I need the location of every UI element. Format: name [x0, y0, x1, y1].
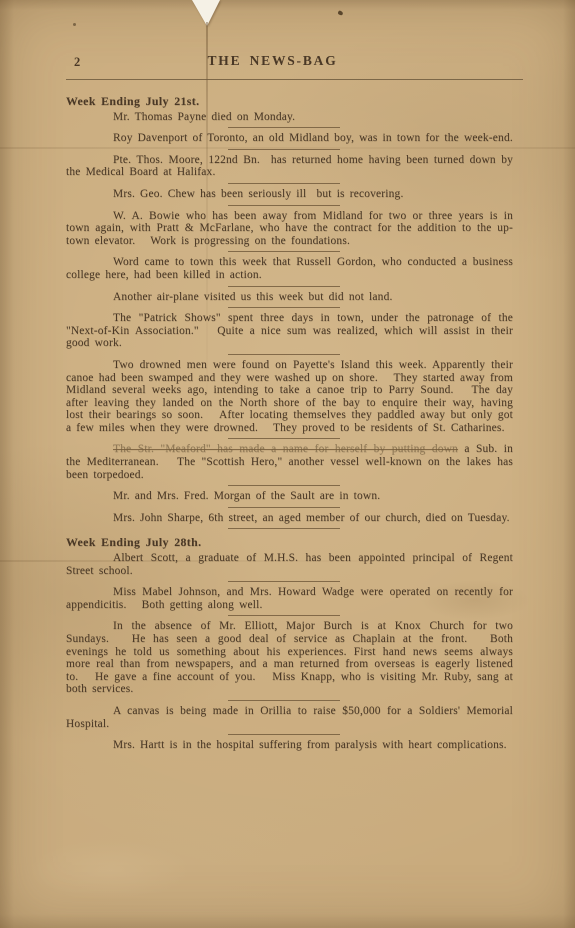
item-divider: [228, 734, 340, 735]
news-item: Pte. Thos. Moore, 122nd Bn. has returned…: [66, 154, 513, 179]
item-divider: [228, 307, 340, 308]
page-header: 2 THE NEWS-BAG: [0, 0, 575, 80]
item-divider: [228, 286, 340, 287]
news-item: Two drowned men were found on Payette's …: [66, 359, 513, 435]
news-item: Mrs. John Sharpe, 6th street, an aged me…: [66, 512, 513, 525]
item-divider: [228, 251, 340, 252]
item-divider: [228, 127, 340, 128]
item-divider: [228, 700, 340, 701]
item-divider: [228, 183, 340, 184]
item-divider: [228, 507, 340, 508]
item-divider: [228, 581, 340, 582]
news-item: The "Patrick Shows" spent three days in …: [66, 312, 513, 350]
item-divider: [228, 149, 340, 150]
news-body: Week Ending July 21st.Mr. Thomas Payne d…: [0, 80, 575, 752]
section-heading: Week Ending July 28th.: [66, 536, 513, 549]
struck-text: The Str. "Meaford" has made a name for h…: [113, 443, 458, 455]
news-item: Albert Scott, a graduate of M.H.S. has b…: [66, 552, 513, 577]
news-item: Word came to town this week that Russell…: [66, 256, 513, 281]
masthead-title: THE NEWS-BAG: [0, 53, 545, 69]
news-item: Roy Davenport of Toronto, an old Midland…: [66, 132, 513, 145]
news-item: In the absence of Mr. Elliott, Major Bur…: [66, 620, 513, 696]
item-divider: [228, 615, 340, 616]
news-item: Miss Mabel Johnson, and Mrs. Howard Wadg…: [66, 586, 513, 611]
news-item: Mrs. Hartt is in the hospital suffering …: [66, 739, 513, 752]
paper-stain: [30, 840, 190, 900]
section-heading: Week Ending July 21st.: [66, 95, 513, 108]
news-item: Another air-plane visited us this week b…: [66, 291, 513, 304]
news-item: W. A. Bowie who has been away from Midla…: [66, 210, 513, 248]
news-item: A canvas is being made in Orillia to rai…: [66, 705, 513, 730]
item-divider: [228, 205, 340, 206]
item-divider: [228, 485, 340, 486]
item-divider: [228, 438, 340, 439]
news-item: The Str. "Meaford" has made a name for h…: [66, 443, 513, 481]
news-item: Mr. Thomas Payne died on Monday.: [66, 111, 513, 124]
newsletter-scan-page: 2 THE NEWS-BAG Week Ending July 21st.Mr.…: [0, 0, 575, 928]
item-divider: [228, 354, 340, 355]
news-item: Mr. and Mrs. Fred. Morgan of the Sault a…: [66, 490, 513, 503]
news-item: Mrs. Geo. Chew has been seriously ill bu…: [66, 188, 513, 201]
item-divider: [228, 528, 340, 529]
